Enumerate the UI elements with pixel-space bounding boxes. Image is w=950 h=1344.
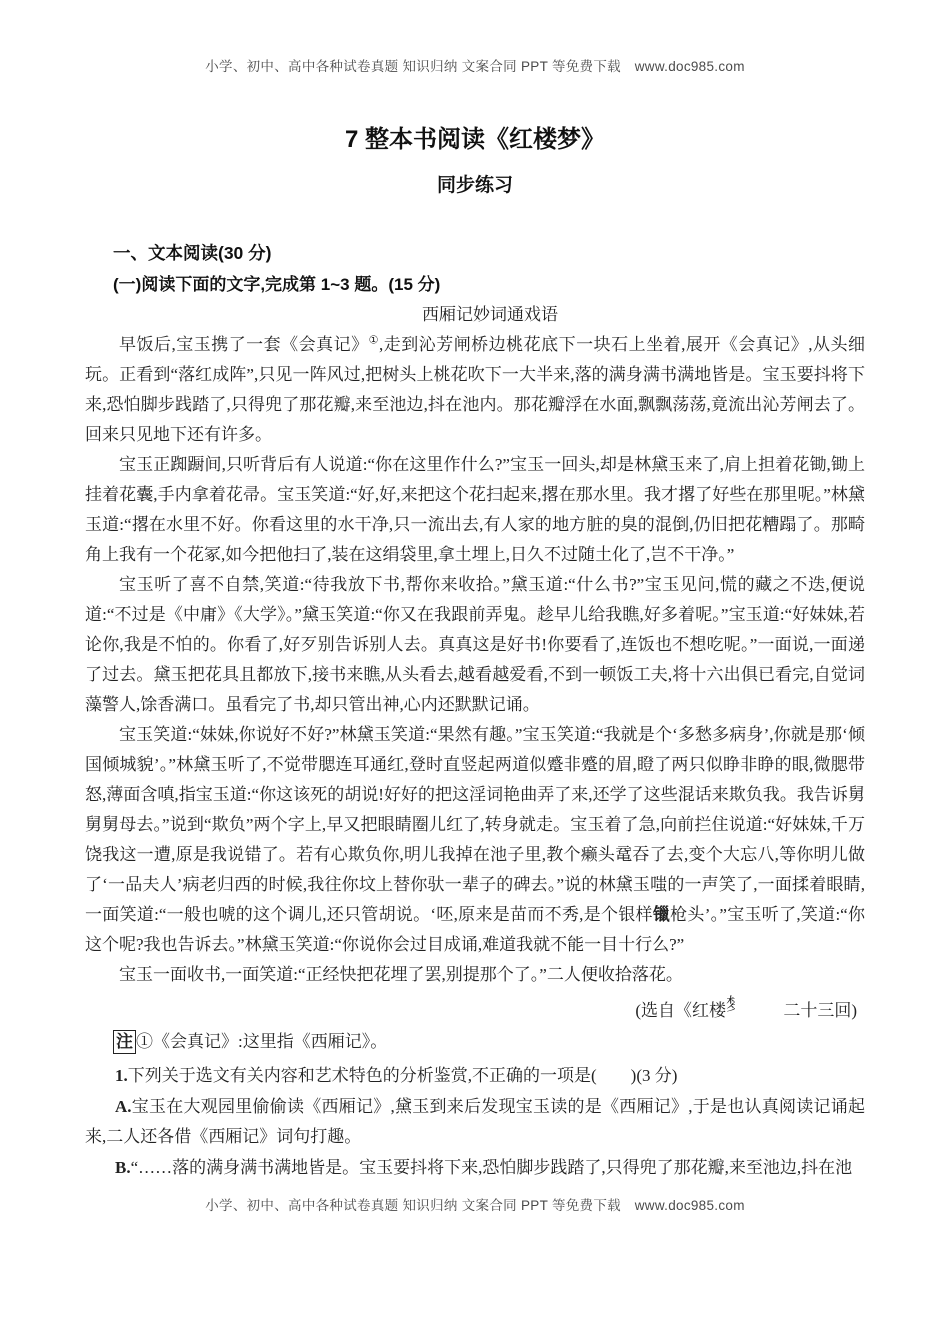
option-text: 宝玉在大观园里偷偷读《西厢记》,黛玉到来后发现宝玉读的是《西厢记》,于是也认真阅… <box>85 1097 865 1146</box>
question-1-option-b: B.“……落的满身满书满地皆是。宝玉要抖将下来,恐怕脚步践踏了,只得兜了那花瓣,… <box>85 1153 865 1183</box>
document-subtitle: 同步练习 <box>85 172 865 200</box>
header-note: 小学、初中、高中各种试卷真题 知识归纳 文案合同 PPT 等免费下载 www.d… <box>0 0 950 77</box>
paragraph-text-bold: 镴 <box>653 905 670 924</box>
passage-paragraph-5: 宝玉一面收书,一面笑道:“正经快把花埋了罢,别提那个了。”二人便收拾落花。 <box>85 960 865 990</box>
option-text: “……落的满身满书满地皆是。宝玉要抖将下来,恐怕脚步践踏了,只得兜了那花瓣,来至… <box>131 1158 853 1177</box>
passage-title: 西厢记妙词通戏语 <box>85 300 865 330</box>
attribution-text: (选自《红楼 <box>635 1001 726 1020</box>
option-label: B. <box>115 1158 131 1177</box>
passage-instruction: (一)阅读下面的文字,完成第 1~3 题。(15 分) <box>85 270 865 300</box>
note-label: 注 <box>113 1030 136 1054</box>
passage-paragraph-4: 宝玉笑道:“妹妹,你说好不好?”林黛玉笑道:“果然有趣。”宝玉笑道:“我就是个‘… <box>85 720 865 960</box>
question-1-option-a: A.宝玉在大观园里偷偷读《西厢记》,黛玉到来后发现宝玉读的是《西厢记》,于是也认… <box>85 1092 865 1152</box>
question-text: 下列关于选文有关内容和艺术特色的分析鉴赏,不正确的一项是( )(3 分) <box>128 1066 678 1085</box>
passage-paragraph-3: 宝玉听了喜不自禁,笑道:“待我放下书,帮你来收拾。”黛玉道:“什么书?”宝玉见问… <box>85 570 865 720</box>
passage-paragraph-2: 宝玉正踟蹰间,只听背后有人说道:“你在这里作什么?”宝玉一回头,却是林黛玉来了,… <box>85 450 865 570</box>
document-title: 7 整本书阅读《红楼梦》 <box>85 123 865 157</box>
attribution-clipped-char: 梦 <box>726 990 735 1020</box>
footnote-line: 注①《会真记》:这里指《西厢记》。 <box>85 1027 865 1057</box>
option-label: A. <box>115 1097 132 1116</box>
page-content: 7 整本书阅读《红楼梦》 同步练习 一、文本阅读(30 分) (一)阅读下面的文… <box>85 123 865 1183</box>
source-attribution: (选自《红楼梦二十三回) <box>85 990 865 1026</box>
section-heading: 一、文本阅读(30 分) <box>85 238 865 268</box>
footer-note: 小学、初中、高中各种试卷真题 知识归纳 文案合同 PPT 等免费下载 www.d… <box>0 1196 950 1216</box>
note-text: ①《会真记》:这里指《西厢记》。 <box>136 1032 387 1051</box>
paragraph-text: 早饭后,宝玉携了一套《会真记》 <box>119 335 369 354</box>
document-page: 小学、初中、高中各种试卷真题 知识归纳 文案合同 PPT 等免费下载 www.d… <box>0 0 950 1344</box>
paragraph-text: 宝玉笑道:“妹妹,你说好不好?”林黛玉笑道:“果然有趣。”宝玉笑道:“我就是个‘… <box>85 725 865 924</box>
footnote-ref: ① <box>369 334 379 346</box>
passage-paragraph-1: 早饭后,宝玉携了一套《会真记》①,走到沁芳闸桥边桃花底下一块石上坐着,展开《会真… <box>85 330 865 450</box>
question-number: 1. <box>115 1066 128 1085</box>
attribution-text: 二十三回) <box>783 1001 857 1020</box>
question-1-stem: 1.下列关于选文有关内容和艺术特色的分析鉴赏,不正确的一项是( )(3 分) <box>85 1061 865 1091</box>
